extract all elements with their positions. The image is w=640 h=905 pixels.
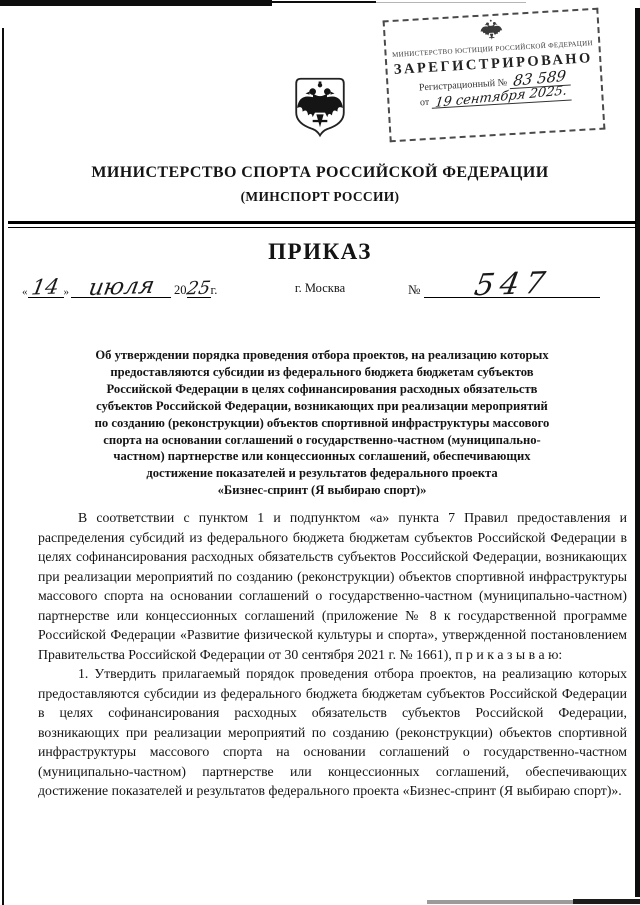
order-number-value: 547 [473, 273, 553, 298]
scan-edge-right [635, 8, 640, 897]
scan-edge-top-faint [376, 2, 526, 3]
order-subject: Об утверждении порядка проведения отбора… [54, 347, 590, 499]
subject-line: субъектов Российской Федерации, возникаю… [54, 398, 590, 415]
order-body: В соответствии с пунктом 1 и подпунктом … [38, 508, 627, 801]
order-title: ПРИКАЗ [0, 239, 640, 265]
order-date-year-suffix: г. [211, 283, 218, 297]
subject-line: спорта на основании соглашений о государ… [54, 432, 590, 449]
subject-line: Об утверждении порядка проведения отбора… [54, 347, 590, 364]
subject-line: «Бизнес-спринт (Я выбираю спорт)» [54, 482, 590, 499]
coat-of-arms-emblem [292, 76, 348, 140]
justice-registration-stamp: МИНИСТЕРСТВО ЮСТИЦИИ РОССИЙСКОЙ ФЕДЕРАЦИ… [383, 8, 606, 143]
order-date-day: 14 [31, 279, 61, 296]
order-date-year: 25 [186, 282, 212, 297]
close-quote: » [64, 286, 70, 298]
order-number-label: № [408, 282, 420, 297]
subject-line: предоставляются субсидии из федерального… [54, 364, 590, 381]
order-meta-row: «14»июля2025г. г. Москва №547 [0, 266, 640, 302]
subject-line: Российской Федерации в целях софинансиро… [54, 381, 590, 398]
ministry-name: МИНИСТЕРСТВО СПОРТА РОССИЙСКОЙ ФЕДЕРАЦИИ [0, 164, 640, 182]
body-paragraph-item-1: 1. Утвердить прилагаемый порядок проведе… [38, 664, 627, 801]
order-city: г. Москва [295, 281, 345, 296]
order-date: «14»июля2025г. [22, 279, 217, 298]
scan-edge-bottom-black [573, 899, 640, 904]
order-date-month: июля [87, 278, 155, 297]
order-number: №547 [408, 274, 600, 298]
subject-line: по созданию (реконструкции) объектов спо… [54, 415, 590, 432]
body-paragraph-preamble: В соответствии с пунктом 1 и подпунктом … [38, 508, 627, 664]
subject-line: достижение показателей и результатов фед… [54, 465, 590, 482]
order-date-year-prefix: 20 [174, 283, 187, 297]
double-headed-eagle-icon [478, 17, 505, 44]
subject-line: частном) партнерстве или концессионных с… [54, 448, 590, 465]
stamp-date-label: от [420, 97, 430, 109]
scan-edge-top-thin [272, 1, 376, 3]
order-document-page: МИНИСТЕРСТВО ЮСТИЦИИ РОССИЙСКОЙ ФЕДЕРАЦИ… [0, 0, 640, 905]
scan-edge-top [0, 0, 272, 6]
scan-edge-bottom-gray [427, 900, 573, 904]
ministry-short-name: (МИНСПОРТ РОССИИ) [0, 189, 640, 205]
header-divider-rule [8, 221, 636, 228]
scan-edge-left [2, 28, 4, 905]
